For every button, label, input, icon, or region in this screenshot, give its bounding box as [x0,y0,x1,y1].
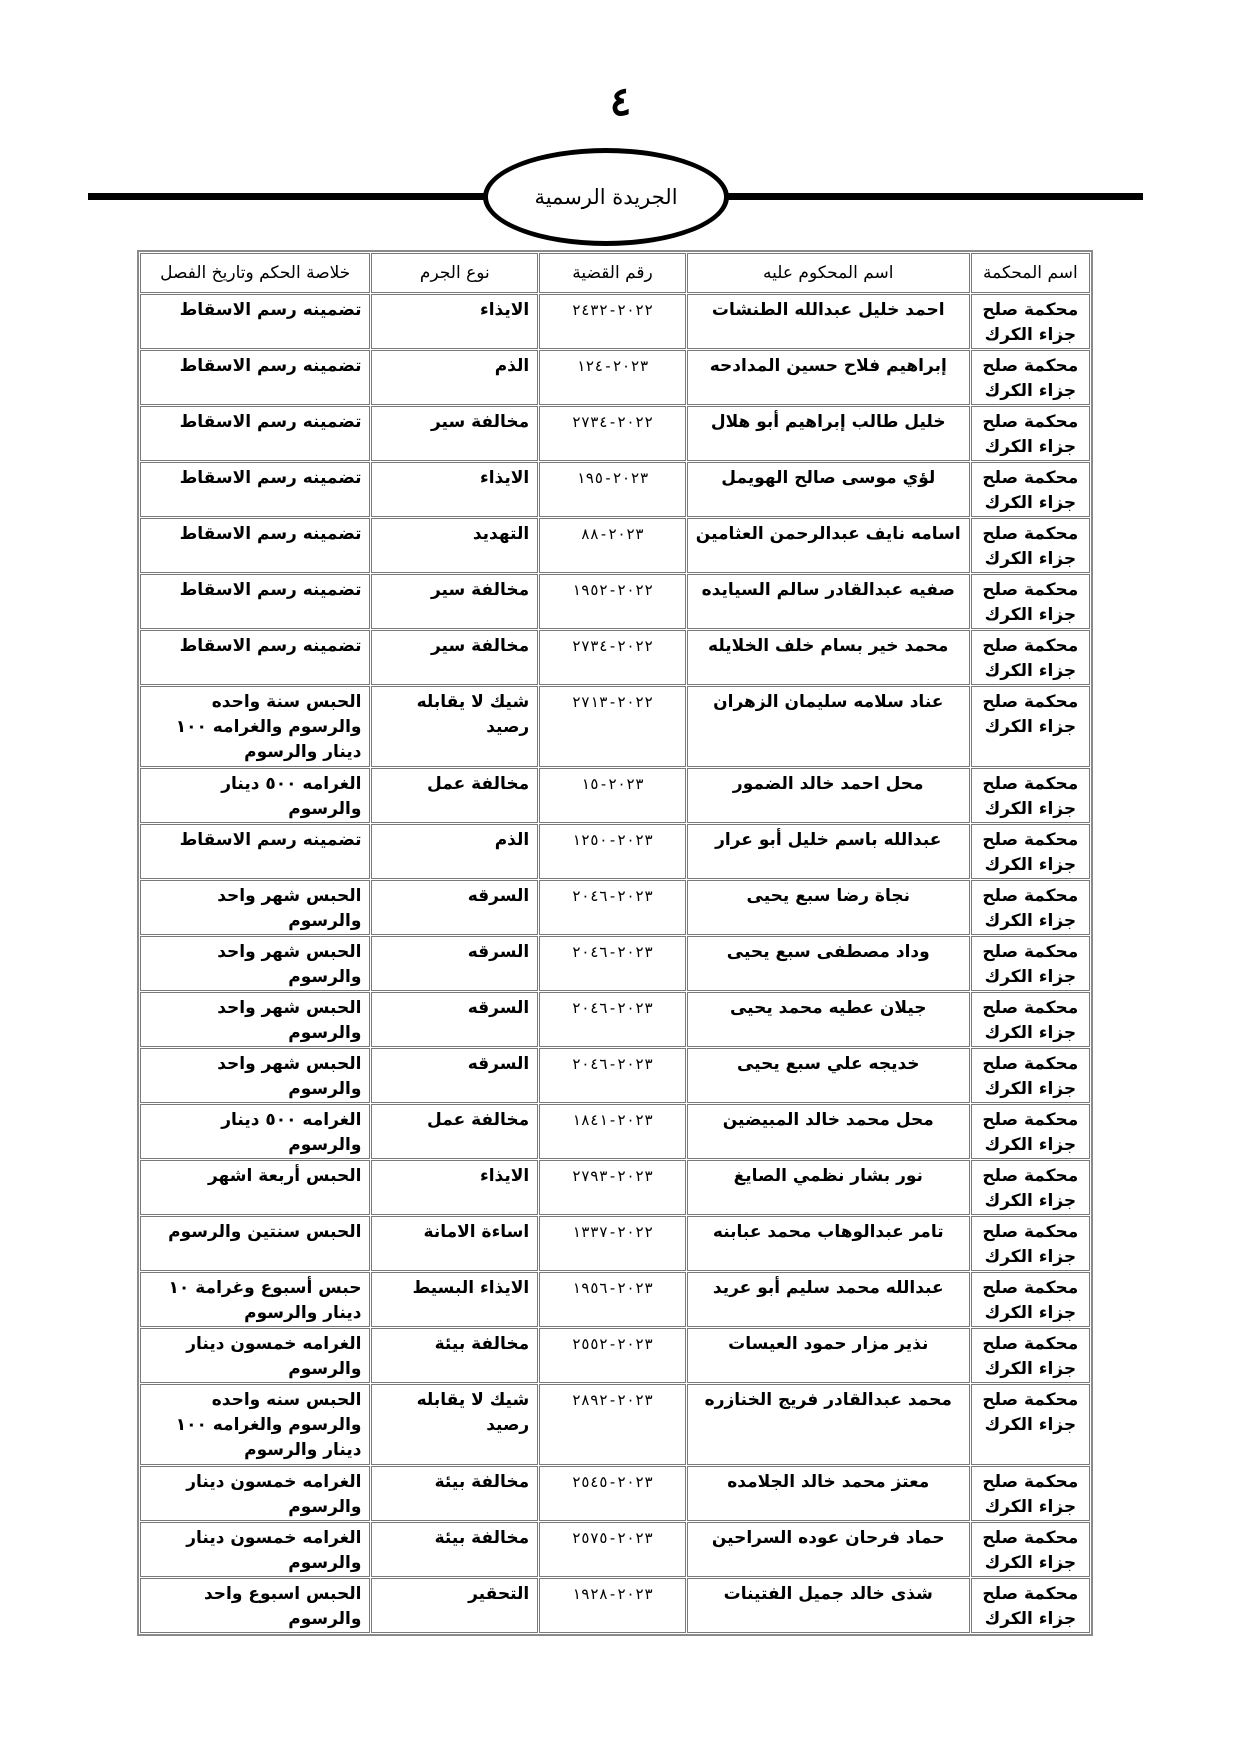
table-row: محكمة صلح جزاء الكركنور بشار نظمي الصايغ… [140,1160,1090,1215]
cell-crime-type: التهديد [371,518,538,573]
cell-case-number: ٢٠٢٣-٨٨ [539,518,686,573]
table-row: محكمة صلح جزاء الكركإبراهيم فلاح حسين ال… [140,350,1090,405]
cell-court: محكمة صلح جزاء الكرك [971,768,1090,823]
cell-case-number: ٢٠٢٣-١٢٤ [539,350,686,405]
cell-case-number: ٢٠٢٣-٢٠٤٦ [539,1048,686,1103]
cell-crime-type: مخالفة بيئة [371,1466,538,1521]
cell-defendant: خديجه علي سبع يحيى [687,1048,970,1103]
cell-case-number: ٢٠٢٣-٢٠٤٦ [539,880,686,935]
cell-defendant: نور بشار نظمي الصايغ [687,1160,970,1215]
cell-verdict: الغرامه خمسون دينار والرسوم [140,1466,370,1521]
cell-court: محكمة صلح جزاء الكرك [971,1160,1090,1215]
cell-defendant: عبدالله باسم خليل أبو عرار [687,824,970,879]
cell-verdict: تضمينه رسم الاسقاط [140,406,370,461]
cell-defendant: وداد مصطفى سبع يحيى [687,936,970,991]
cell-defendant: معتز محمد خالد الجلامده [687,1466,970,1521]
cell-verdict: الغرامه خمسون دينار والرسوم [140,1522,370,1577]
table-header-row: اسم المحكمة اسم المحكوم عليه رقم القضية … [140,253,1090,293]
table-row: محكمة صلح جزاء الكركصفيه عبدالقادر سالم … [140,574,1090,629]
cell-verdict: الحبس شهر واحد والرسوم [140,992,370,1047]
cell-verdict: الغرامه ٥٠٠ دينار والرسوم [140,768,370,823]
cell-crime-type: شيك لا يقابله رصيد [371,1384,538,1465]
header-defendant: اسم المحكوم عليه [687,253,970,293]
cell-case-number: ٢٠٢٣-١٩٢٨ [539,1578,686,1633]
cell-court: محكمة صلح جزاء الكرك [971,462,1090,517]
table-row: محكمة صلح جزاء الكركلؤي موسى صالح الهويم… [140,462,1090,517]
table-row: محكمة صلح جزاء الكركنجاة رضا سبع يحيى٢٠٢… [140,880,1090,935]
cell-court: محكمة صلح جزاء الكرك [971,1216,1090,1271]
table-row: محكمة صلح جزاء الكركخديجه علي سبع يحيى٢٠… [140,1048,1090,1103]
table-row: محكمة صلح جزاء الكركخليل طالب إبراهيم أب… [140,406,1090,461]
cell-crime-type: الايذاء [371,294,538,349]
verdicts-table: اسم المحكمة اسم المحكوم عليه رقم القضية … [137,250,1093,1636]
cell-defendant: إبراهيم فلاح حسين المدادحه [687,350,970,405]
cell-court: محكمة صلح جزاء الكرك [971,686,1090,767]
cell-crime-type: اساءة الامانة [371,1216,538,1271]
cell-court: محكمة صلح جزاء الكرك [971,880,1090,935]
cell-case-number: ٢٠٢٣-١٢٥٠ [539,824,686,879]
table-row: محكمة صلح جزاء الكركوداد مصطفى سبع يحيى٢… [140,936,1090,991]
cell-court: محكمة صلح جزاء الكرك [971,1466,1090,1521]
cell-verdict: الغرامه خمسون دينار والرسوم [140,1328,370,1383]
cell-case-number: ٢٠٢٢-١٩٥٢ [539,574,686,629]
cell-court: محكمة صلح جزاء الكرك [971,992,1090,1047]
cell-defendant: عناد سلامه سليمان الزهران [687,686,970,767]
cell-verdict: الحبس شهر واحد والرسوم [140,936,370,991]
table-row: محكمة صلح جزاء الكركحماد فرحان عوده السر… [140,1522,1090,1577]
cell-verdict: تضمينه رسم الاسقاط [140,518,370,573]
cell-case-number: ٢٠٢٢-٢٤٣٢ [539,294,686,349]
cell-verdict: الحبس سنتين والرسوم [140,1216,370,1271]
cell-defendant: تامر عبدالوهاب محمد عبابنه [687,1216,970,1271]
cell-case-number: ٢٠٢٣-١٨٤١ [539,1104,686,1159]
cell-case-number: ٢٠٢٢-١٣٣٧ [539,1216,686,1271]
cell-court: محكمة صلح جزاء الكرك [971,824,1090,879]
cell-defendant: احمد خليل عبدالله الطنشات [687,294,970,349]
cell-case-number: ٢٠٢٣-٢٥٥٢ [539,1328,686,1383]
table-row: محكمة صلح جزاء الكركجيلان عطيه محمد يحيى… [140,992,1090,1047]
table-row: محكمة صلح جزاء الكركاحمد خليل عبدالله ال… [140,294,1090,349]
cell-crime-type: التحقير [371,1578,538,1633]
cell-verdict: الحبس سنه واحده والرسوم والغرامه ١٠٠ دين… [140,1384,370,1465]
table-row: محكمة صلح جزاء الكركعبدالله محمد سليم أب… [140,1272,1090,1327]
table-row: محكمة صلح جزاء الكركتامر عبدالوهاب محمد … [140,1216,1090,1271]
cell-court: محكمة صلح جزاء الكرك [971,936,1090,991]
cell-defendant: لؤي موسى صالح الهويمل [687,462,970,517]
table-row: محكمة صلح جزاء الكركشذى خالد جميل الفتين… [140,1578,1090,1633]
cell-crime-type: مخالفة عمل [371,1104,538,1159]
cell-crime-type: الايذاء [371,1160,538,1215]
cell-verdict: الحبس سنة واحده والرسوم والغرامه ١٠٠ دين… [140,686,370,767]
cell-crime-type: السرقه [371,880,538,935]
cell-crime-type: مخالفة عمل [371,768,538,823]
cell-verdict: الحبس شهر واحد والرسوم [140,1048,370,1103]
cell-verdict: تضمينه رسم الاسقاط [140,462,370,517]
cell-defendant: اسامه نايف عبدالرحمن العثامين [687,518,970,573]
cell-case-number: ٢٠٢٣-٢٨٩٢ [539,1384,686,1465]
cell-defendant: شذى خالد جميل الفتينات [687,1578,970,1633]
table-row: محكمة صلح جزاء الكركمعتز محمد خالد الجلا… [140,1466,1090,1521]
cell-verdict: تضمينه رسم الاسقاط [140,350,370,405]
cell-crime-type: مخالفة بيئة [371,1522,538,1577]
cell-defendant: عبدالله محمد سليم أبو عريد [687,1272,970,1327]
cell-defendant: نذير مزار حمود العيسات [687,1328,970,1383]
cell-court: محكمة صلح جزاء الكرك [971,350,1090,405]
cell-crime-type: الايذاء البسيط [371,1272,538,1327]
cell-crime-type: مخالفة سير [371,574,538,629]
cell-court: محكمة صلح جزاء الكرك [971,518,1090,573]
cell-case-number: ٢٠٢٣-١٩٥ [539,462,686,517]
table-row: محكمة صلح جزاء الكركمحمد عبدالقادر فريج … [140,1384,1090,1465]
cell-court: محكمة صلح جزاء الكرك [971,1384,1090,1465]
table-row: محكمة صلح جزاء الكركنذير مزار حمود العيس… [140,1328,1090,1383]
cell-crime-type: شيك لا يقابله رصيد [371,686,538,767]
table-row: محكمة صلح جزاء الكركمحل محمد خالد المبيض… [140,1104,1090,1159]
table-row: محكمة صلح جزاء الكركعبدالله باسم خليل أب… [140,824,1090,879]
cell-verdict: الحبس أربعة اشهر [140,1160,370,1215]
cell-defendant: محمد عبدالقادر فريج الخنازره [687,1384,970,1465]
cell-verdict: الحبس شهر واحد والرسوم [140,880,370,935]
cell-case-number: ٢٠٢٣-٢٠٤٦ [539,936,686,991]
cell-court: محكمة صلح جزاء الكرك [971,1578,1090,1633]
cell-court: محكمة صلح جزاء الكرك [971,630,1090,685]
header-crime-type: نوع الجرم [371,253,538,293]
table-row: محكمة صلح جزاء الكركمحمد خير بسام خلف ال… [140,630,1090,685]
cell-case-number: ٢٠٢٣-٢٧٩٣ [539,1160,686,1215]
cell-crime-type: السرقه [371,1048,538,1103]
table-row: محكمة صلح جزاء الكركاسامه نايف عبدالرحمن… [140,518,1090,573]
cell-crime-type: مخالفة سير [371,630,538,685]
cell-case-number: ٢٠٢٢-٢٧٣٤ [539,406,686,461]
cell-case-number: ٢٠٢٣-٢٠٤٦ [539,992,686,1047]
masthead-ellipse: الجريدة الرسمية [483,148,729,246]
cell-court: محكمة صلح جزاء الكرك [971,574,1090,629]
verdicts-table-container: اسم المحكمة اسم المحكوم عليه رقم القضية … [137,250,1093,1636]
cell-verdict: تضمينه رسم الاسقاط [140,630,370,685]
cell-case-number: ٢٠٢٣-٢٥٧٥ [539,1522,686,1577]
cell-defendant: خليل طالب إبراهيم أبو هلال [687,406,970,461]
cell-crime-type: الايذاء [371,462,538,517]
cell-defendant: محل محمد خالد المبيضين [687,1104,970,1159]
cell-verdict: حبس أسبوع وغرامة ١٠ دينار والرسوم [140,1272,370,1327]
cell-verdict: تضمينه رسم الاسقاط [140,294,370,349]
masthead-title: الجريدة الرسمية [534,185,677,209]
cell-verdict: تضمينه رسم الاسقاط [140,824,370,879]
page-number: ٤ [0,78,1241,126]
cell-defendant: نجاة رضا سبع يحيى [687,880,970,935]
cell-court: محكمة صلح جزاء الكرك [971,1104,1090,1159]
cell-defendant: حماد فرحان عوده السراحين [687,1522,970,1577]
cell-crime-type: مخالفة سير [371,406,538,461]
cell-case-number: ٢٠٢٣-٢٥٤٥ [539,1466,686,1521]
header-verdict: خلاصة الحكم وتاريخ الفصل [140,253,370,293]
cell-crime-type: مخالفة بيئة [371,1328,538,1383]
cell-court: محكمة صلح جزاء الكرك [971,294,1090,349]
cell-crime-type: الذم [371,824,538,879]
cell-crime-type: الذم [371,350,538,405]
table-row: محكمة صلح جزاء الكركمحل احمد خالد الضمور… [140,768,1090,823]
cell-court: محكمة صلح جزاء الكرك [971,1522,1090,1577]
cell-court: محكمة صلح جزاء الكرك [971,406,1090,461]
cell-case-number: ٢٠٢٣-١٩٥٦ [539,1272,686,1327]
cell-verdict: تضمينه رسم الاسقاط [140,574,370,629]
header-case-number: رقم القضية [539,253,686,293]
cell-case-number: ٢٠٢٣-١٥ [539,768,686,823]
table-row: محكمة صلح جزاء الكركعناد سلامه سليمان ال… [140,686,1090,767]
cell-court: محكمة صلح جزاء الكرك [971,1048,1090,1103]
cell-verdict: الحبس اسبوع واحد والرسوم [140,1578,370,1633]
cell-case-number: ٢٠٢٢-٢٧٣٤ [539,630,686,685]
cell-court: محكمة صلح جزاء الكرك [971,1328,1090,1383]
cell-case-number: ٢٠٢٢-٢٧١٣ [539,686,686,767]
cell-verdict: الغرامه ٥٠٠ دينار والرسوم [140,1104,370,1159]
cell-crime-type: السرقه [371,936,538,991]
header-court: اسم المحكمة [971,253,1090,293]
cell-defendant: محمد خير بسام خلف الخلايله [687,630,970,685]
cell-defendant: محل احمد خالد الضمور [687,768,970,823]
cell-court: محكمة صلح جزاء الكرك [971,1272,1090,1327]
cell-crime-type: السرقه [371,992,538,1047]
cell-defendant: صفيه عبدالقادر سالم السيايده [687,574,970,629]
table-body: محكمة صلح جزاء الكركاحمد خليل عبدالله ال… [140,294,1090,1633]
cell-defendant: جيلان عطيه محمد يحيى [687,992,970,1047]
